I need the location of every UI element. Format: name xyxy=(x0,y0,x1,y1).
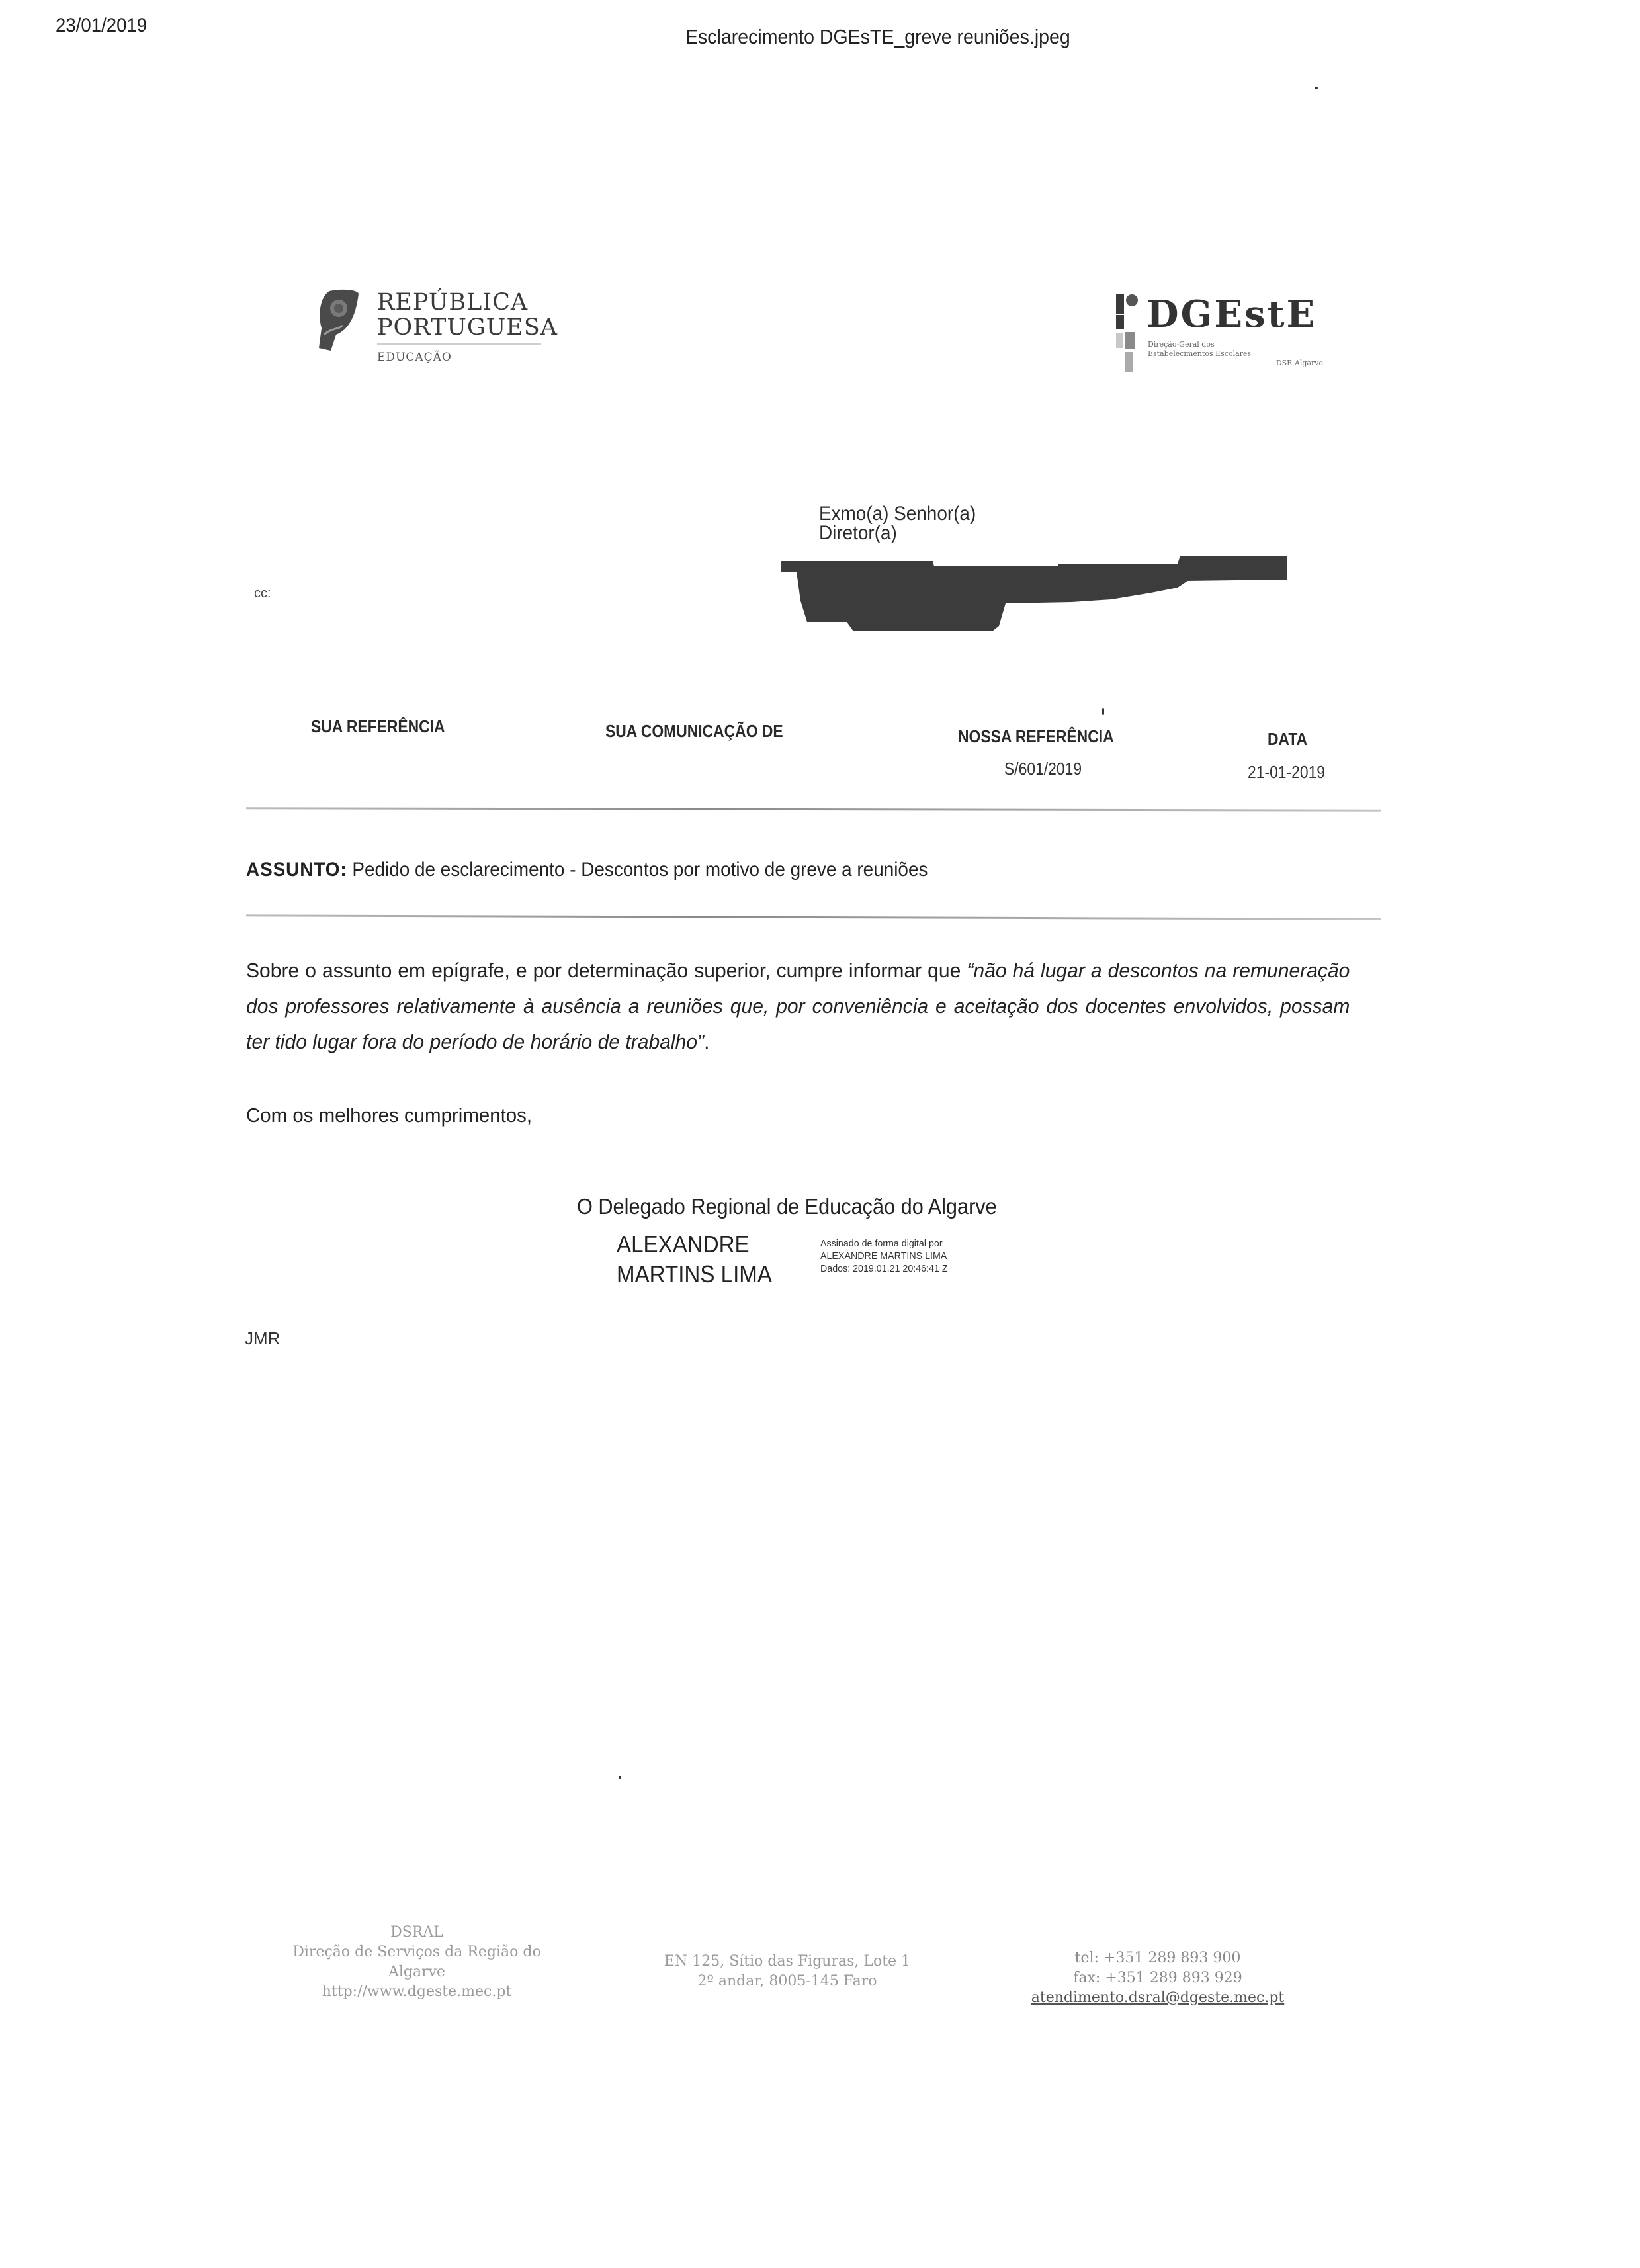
signer-title: O Delegado Regional de Educação do Algar… xyxy=(577,1194,997,1219)
print-date: 23/01/2019 xyxy=(56,15,147,37)
footer-phone: tel: +351 289 893 900 xyxy=(996,1948,1320,1968)
ref-value-nossa-referencia: S/601/2019 xyxy=(1004,759,1082,779)
logo-subtitle: EDUCAÇÃO xyxy=(377,351,452,364)
footer-contacts: tel: +351 289 893 900 fax: +351 289 893 … xyxy=(996,1948,1320,2008)
print-file-title: Esclarecimento DGEsTE_greve reuniões.jpe… xyxy=(685,25,1070,49)
author-initials: JMR xyxy=(245,1329,280,1349)
digital-signature-info: Assinado de forma digital por ALEXANDRE … xyxy=(820,1237,948,1275)
footer-email-link[interactable]: atendimento.dsral@dgeste.mec.pt xyxy=(996,1988,1320,2008)
scan-speck xyxy=(1102,708,1104,715)
scan-speck xyxy=(1315,87,1318,89)
body-paragraph: Sobre o assunto em epígrafe, e por deter… xyxy=(246,953,1350,1060)
addressee-role: Diretor(a) xyxy=(819,523,976,543)
footer-address: EN 125, Sítio das Figuras, Lote 1 2º and… xyxy=(638,1952,936,1991)
footer-website-link[interactable]: http://www.dgeste.mec.pt xyxy=(271,1982,562,2002)
scan-speck xyxy=(619,1776,621,1779)
addressee-salutation: Exmo(a) Senhor(a) xyxy=(819,504,976,523)
footer-organization: DSRAL Direção de Serviços da Região do A… xyxy=(271,1923,562,2002)
logo-line-1: REPÚBLICA xyxy=(377,290,558,315)
divider-bottom xyxy=(246,914,1381,920)
signer-name: ALEXANDRE MARTINS LIMA xyxy=(617,1229,772,1289)
ref-value-data: 21-01-2019 xyxy=(1248,762,1325,783)
subject-line: ASSUNTO: Pedido de esclarecimento - Desc… xyxy=(246,859,928,881)
subject-label: ASSUNTO: xyxy=(246,859,347,881)
logo-divider xyxy=(377,343,541,345)
dgeste-subtitle: Direção-Geral dos Estabelecimentos Escol… xyxy=(1148,340,1323,368)
dgeste-mark-icon xyxy=(1115,291,1141,378)
ref-header-sua-referencia: SUA REFERÊNCIA xyxy=(311,717,445,737)
republica-portuguesa-emblem-icon xyxy=(316,288,360,352)
republica-portuguesa-logo: REPÚBLICA PORTUGUESA EDUCAÇÃO xyxy=(316,284,568,377)
dgeste-name: DGEstE xyxy=(1146,292,1316,336)
dgeste-logo: DGEstE Direção-Geral dos Estabelecimento… xyxy=(1115,291,1333,384)
footer-fax: fax: +351 289 893 929 xyxy=(996,1968,1320,1988)
ref-header-sua-comunicacao: SUA COMUNICAÇÃO DE xyxy=(605,721,783,742)
redaction-block xyxy=(781,553,1290,639)
closing-line: Com os melhores cumprimentos, xyxy=(246,1104,532,1127)
logo-line-2: PORTUGUESA xyxy=(377,315,558,340)
subject-text: Pedido de esclarecimento - Descontos por… xyxy=(352,859,928,881)
divider-top xyxy=(246,807,1381,812)
ref-header-data: DATA xyxy=(1268,729,1307,750)
ref-header-nossa-referencia: NOSSA REFERÊNCIA xyxy=(958,726,1114,747)
addressee-block: Exmo(a) Senhor(a) Diretor(a) xyxy=(819,504,976,543)
cc-label: cc: xyxy=(254,586,271,601)
